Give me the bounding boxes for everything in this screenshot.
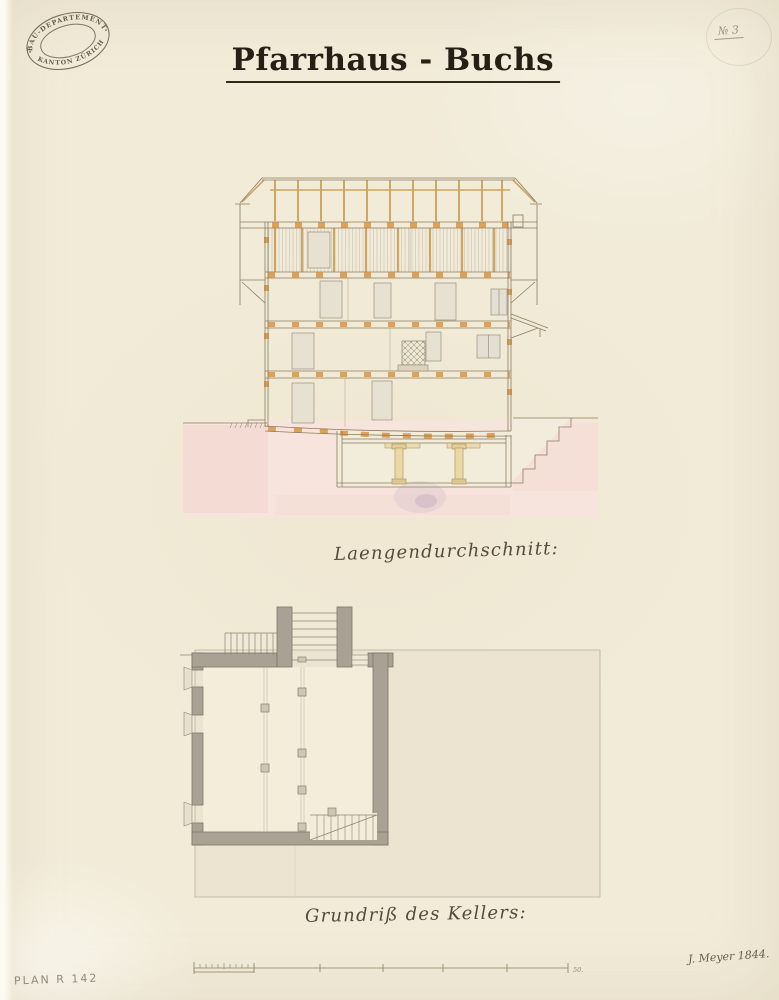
scale-bar: 50. bbox=[190, 956, 590, 982]
cellar-plan-drawing bbox=[180, 600, 610, 910]
side-opening bbox=[352, 655, 368, 665]
page-title: Pfarrhaus - Buchs bbox=[226, 42, 561, 83]
plan-number: № 3 bbox=[714, 23, 744, 40]
tile-stove bbox=[402, 341, 425, 365]
scan-edge bbox=[0, 0, 13, 1000]
section-caption: Laengendurchschnitt: bbox=[334, 538, 559, 565]
interior-stair bbox=[310, 813, 377, 840]
attic-wall-hatch bbox=[268, 228, 510, 272]
ground-wash bbox=[183, 418, 598, 518]
paper-sheet: BAU-DEPARTEMENT KANTON ZÜRICH № 3 Pfarrh… bbox=[0, 0, 779, 1000]
archive-stamp: BAU-DEPARTEMENT KANTON ZÜRICH bbox=[15, 0, 122, 85]
signature: J. Meyer 1844. bbox=[688, 947, 770, 966]
cellar-room bbox=[203, 667, 373, 832]
ink-blot bbox=[394, 481, 446, 513]
section-drawing bbox=[180, 165, 600, 525]
archive-note: PLAN R 142 bbox=[14, 972, 99, 988]
cellar-plan-caption: Grundriß des Kellers: bbox=[305, 902, 527, 927]
scale-end-label: 50. bbox=[573, 966, 583, 974]
